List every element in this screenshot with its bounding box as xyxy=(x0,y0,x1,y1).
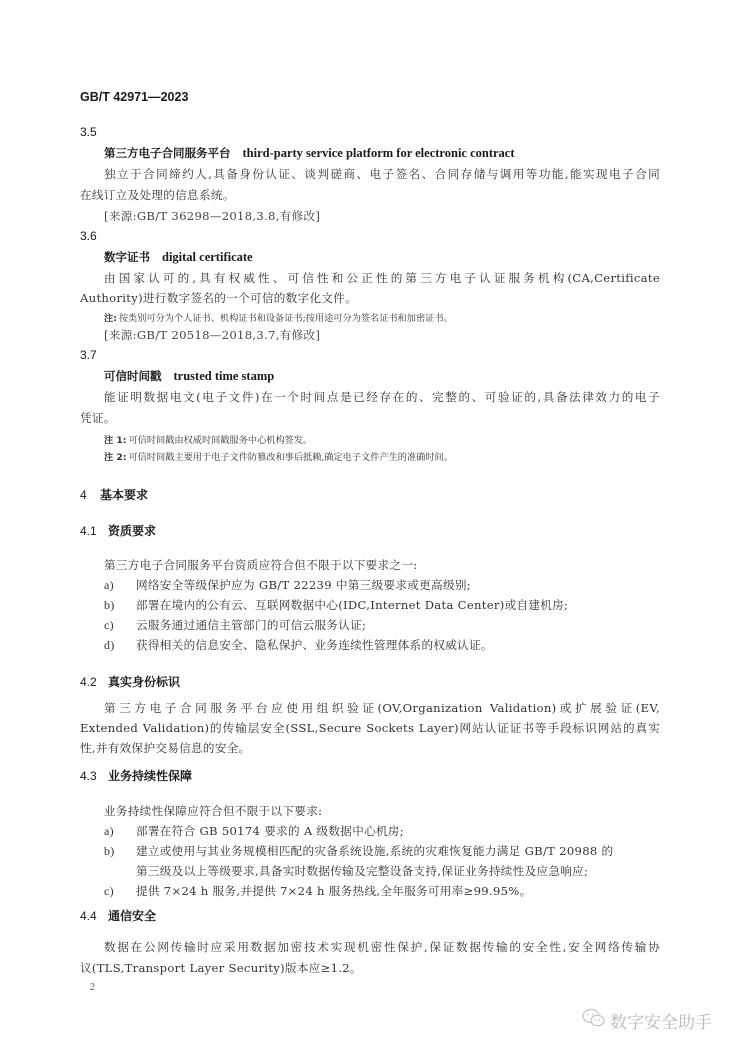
note-text: 按类别可分为个人证书、机构证书和设备证书;按用途可分为签名证书和加密证书。 xyxy=(119,313,453,324)
list-text: 部署在境内的公有云、互联网数据中心(IDC,Internet Data Cent… xyxy=(136,598,568,612)
list-text: 获得相关的信息安全、隐私保护、业务连续性管理体系的权威认证。 xyxy=(136,638,493,652)
list-text: 建立或使用与其业务规模相匹配的灾备系统设施,系统的灾难恢复能力满足 GB/T 2… xyxy=(136,844,613,858)
term-zh: 可信时间戳 xyxy=(104,369,162,383)
list-marker: a) xyxy=(104,578,136,593)
paragraph-line: 第三方电子合同服务平台应使用组织验证(OV,Organization Valid… xyxy=(104,700,660,716)
subsection-heading: 4.3业务持续性保障 xyxy=(80,767,192,784)
list-marker: c) xyxy=(104,884,136,899)
note: 注:按类别可分为个人证书、机构证书和设备证书;按用途可分为签名证书和加密证书。 xyxy=(104,310,453,324)
definition-line: 能证明数据电文(电子文件)在一个时间点是已经存在的、完整的、可验证的,具备法律效… xyxy=(104,389,660,405)
note-text: 可信时间戳由权威时间戳服务中心机构签发。 xyxy=(128,435,312,446)
definition-line: Authority)进行数字签名的一个可信的数字化文件。 xyxy=(80,290,357,306)
paragraph-line: 议(TLS,Transport Layer Security)版本应≥1.2。 xyxy=(80,960,362,976)
note-1: 注 1:可信时间戳由权威时间戳服务中心机构签发。 xyxy=(104,432,312,446)
subsection-title: 资质要求 xyxy=(108,524,156,538)
list-item: a)部署在符合 GB 50174 要求的 A 级数据中心机房; xyxy=(104,823,404,839)
paragraph-line: 性,并有效保护交易信息的安全。 xyxy=(80,740,251,756)
paragraph-line: 数据在公网传输时应采用数据加密技术实现机密性保护,保证数据传输的安全性,安全网络… xyxy=(104,939,660,955)
term-en: trusted time stamp xyxy=(174,369,275,383)
term-heading: 第三方电子合同服务平台third-party service platform … xyxy=(104,145,515,161)
term-heading: 数字证书digital certificate xyxy=(104,249,253,265)
list-marker: d) xyxy=(104,638,136,653)
list-marker: a) xyxy=(104,824,136,839)
list-item: b)建立或使用与其业务规模相匹配的灾备系统设施,系统的灾难恢复能力满足 GB/T… xyxy=(104,843,613,859)
paragraph-line: Extended Validation)的传输层安全(SSL,Secure So… xyxy=(80,720,660,736)
standard-id: GB/T 42971—2023 xyxy=(80,90,188,104)
page-number: 2 xyxy=(90,982,95,993)
subsection-number: 4.4 xyxy=(80,909,108,923)
note-2: 注 2:可信时间戳主要用于电子文件防篡改和事后抵赖,确定电子文件产生的准确时间。 xyxy=(104,449,453,463)
term-number: 3.5 xyxy=(80,125,97,139)
subsection-title: 通信安全 xyxy=(108,909,156,923)
term-en: digital certificate xyxy=(162,250,253,264)
list-text: 网络安全等级保护应为 GB/T 22239 中第三级要求或更高级别; xyxy=(136,578,471,592)
definition-line: 凭证。 xyxy=(80,410,116,426)
note-label: 注 2: xyxy=(104,452,126,463)
term-heading: 可信时间戳trusted time stamp xyxy=(104,368,274,384)
watermark: 数字安全助手 xyxy=(582,1008,712,1033)
list-text: 部署在符合 GB 50174 要求的 A 级数据中心机房; xyxy=(136,824,404,838)
paragraph: 第三方电子合同服务平台资质应符合但不限于以下要求之一: xyxy=(104,557,417,573)
subsection-heading: 4.2真实身份标识 xyxy=(80,673,180,690)
subsection-heading: 4.1资质要求 xyxy=(80,522,156,539)
wechat-icon xyxy=(582,1008,606,1033)
term-number: 3.7 xyxy=(80,348,97,362)
section-title: 基本要求 xyxy=(100,488,148,502)
list-marker: c) xyxy=(104,618,136,633)
subsection-number: 4.1 xyxy=(80,524,108,538)
list-text: 云服务通过通信主管部门的可信云服务认证; xyxy=(136,618,366,632)
definition-line: 由国家认可的,具有权威性、可信性和公正性的第三方电子认证服务机构(CA,Cert… xyxy=(104,270,660,286)
note-label: 注: xyxy=(104,313,117,324)
list-item: c)云服务通过通信主管部门的可信云服务认证; xyxy=(104,617,366,633)
list-item: b)部署在境内的公有云、互联网数据中心(IDC,Internet Data Ce… xyxy=(104,597,568,613)
definition-line: 在线订立及处理的信息系统。 xyxy=(80,187,235,203)
source-reference: [来源:GB/T 36298—2018,3.8,有修改] xyxy=(104,208,320,224)
definition-line: 独立于合同缔约人,具备身份认证、谈判磋商、电子签名、合同存储与调用等功能,能实现… xyxy=(104,166,660,182)
list-item: d)获得相关的信息安全、隐私保护、业务连续性管理体系的权威认证。 xyxy=(104,637,493,653)
watermark-text: 数字安全助手 xyxy=(610,1008,712,1033)
list-item-continuation: 第三级及以上等级要求,具备实时数据传输及完整设备支持,保证业务持续性及应急响应; xyxy=(136,863,588,879)
paragraph: 业务持续性保障应符合但不限于以下要求: xyxy=(104,803,322,819)
list-marker: b) xyxy=(104,598,136,613)
term-zh: 数字证书 xyxy=(104,250,150,264)
section-number: 4 xyxy=(80,488,100,502)
subsection-heading: 4.4通信安全 xyxy=(80,907,156,924)
source-reference: [来源:GB/T 20518—2018,3.7,有修改] xyxy=(104,327,320,343)
list-item: c)提供 7×24 h 服务,并提供 7×24 h 服务热线,全年服务可用率≥9… xyxy=(104,883,532,899)
term-number: 3.6 xyxy=(80,229,97,243)
list-item: a)网络安全等级保护应为 GB/T 22239 中第三级要求或更高级别; xyxy=(104,577,471,593)
subsection-number: 4.2 xyxy=(80,675,108,689)
term-en: third-party service platform for electro… xyxy=(243,146,515,160)
subsection-number: 4.3 xyxy=(80,769,108,783)
subsection-title: 真实身份标识 xyxy=(108,675,180,689)
list-marker: b) xyxy=(104,844,136,859)
note-label: 注 1: xyxy=(104,435,126,446)
note-text: 可信时间戳主要用于电子文件防篡改和事后抵赖,确定电子文件产生的准确时间。 xyxy=(128,452,452,463)
term-zh: 第三方电子合同服务平台 xyxy=(104,146,231,160)
list-text: 提供 7×24 h 服务,并提供 7×24 h 服务热线,全年服务可用率≥99.… xyxy=(136,884,532,898)
section-heading: 4基本要求 xyxy=(80,486,148,503)
subsection-title: 业务持续性保障 xyxy=(108,769,192,783)
